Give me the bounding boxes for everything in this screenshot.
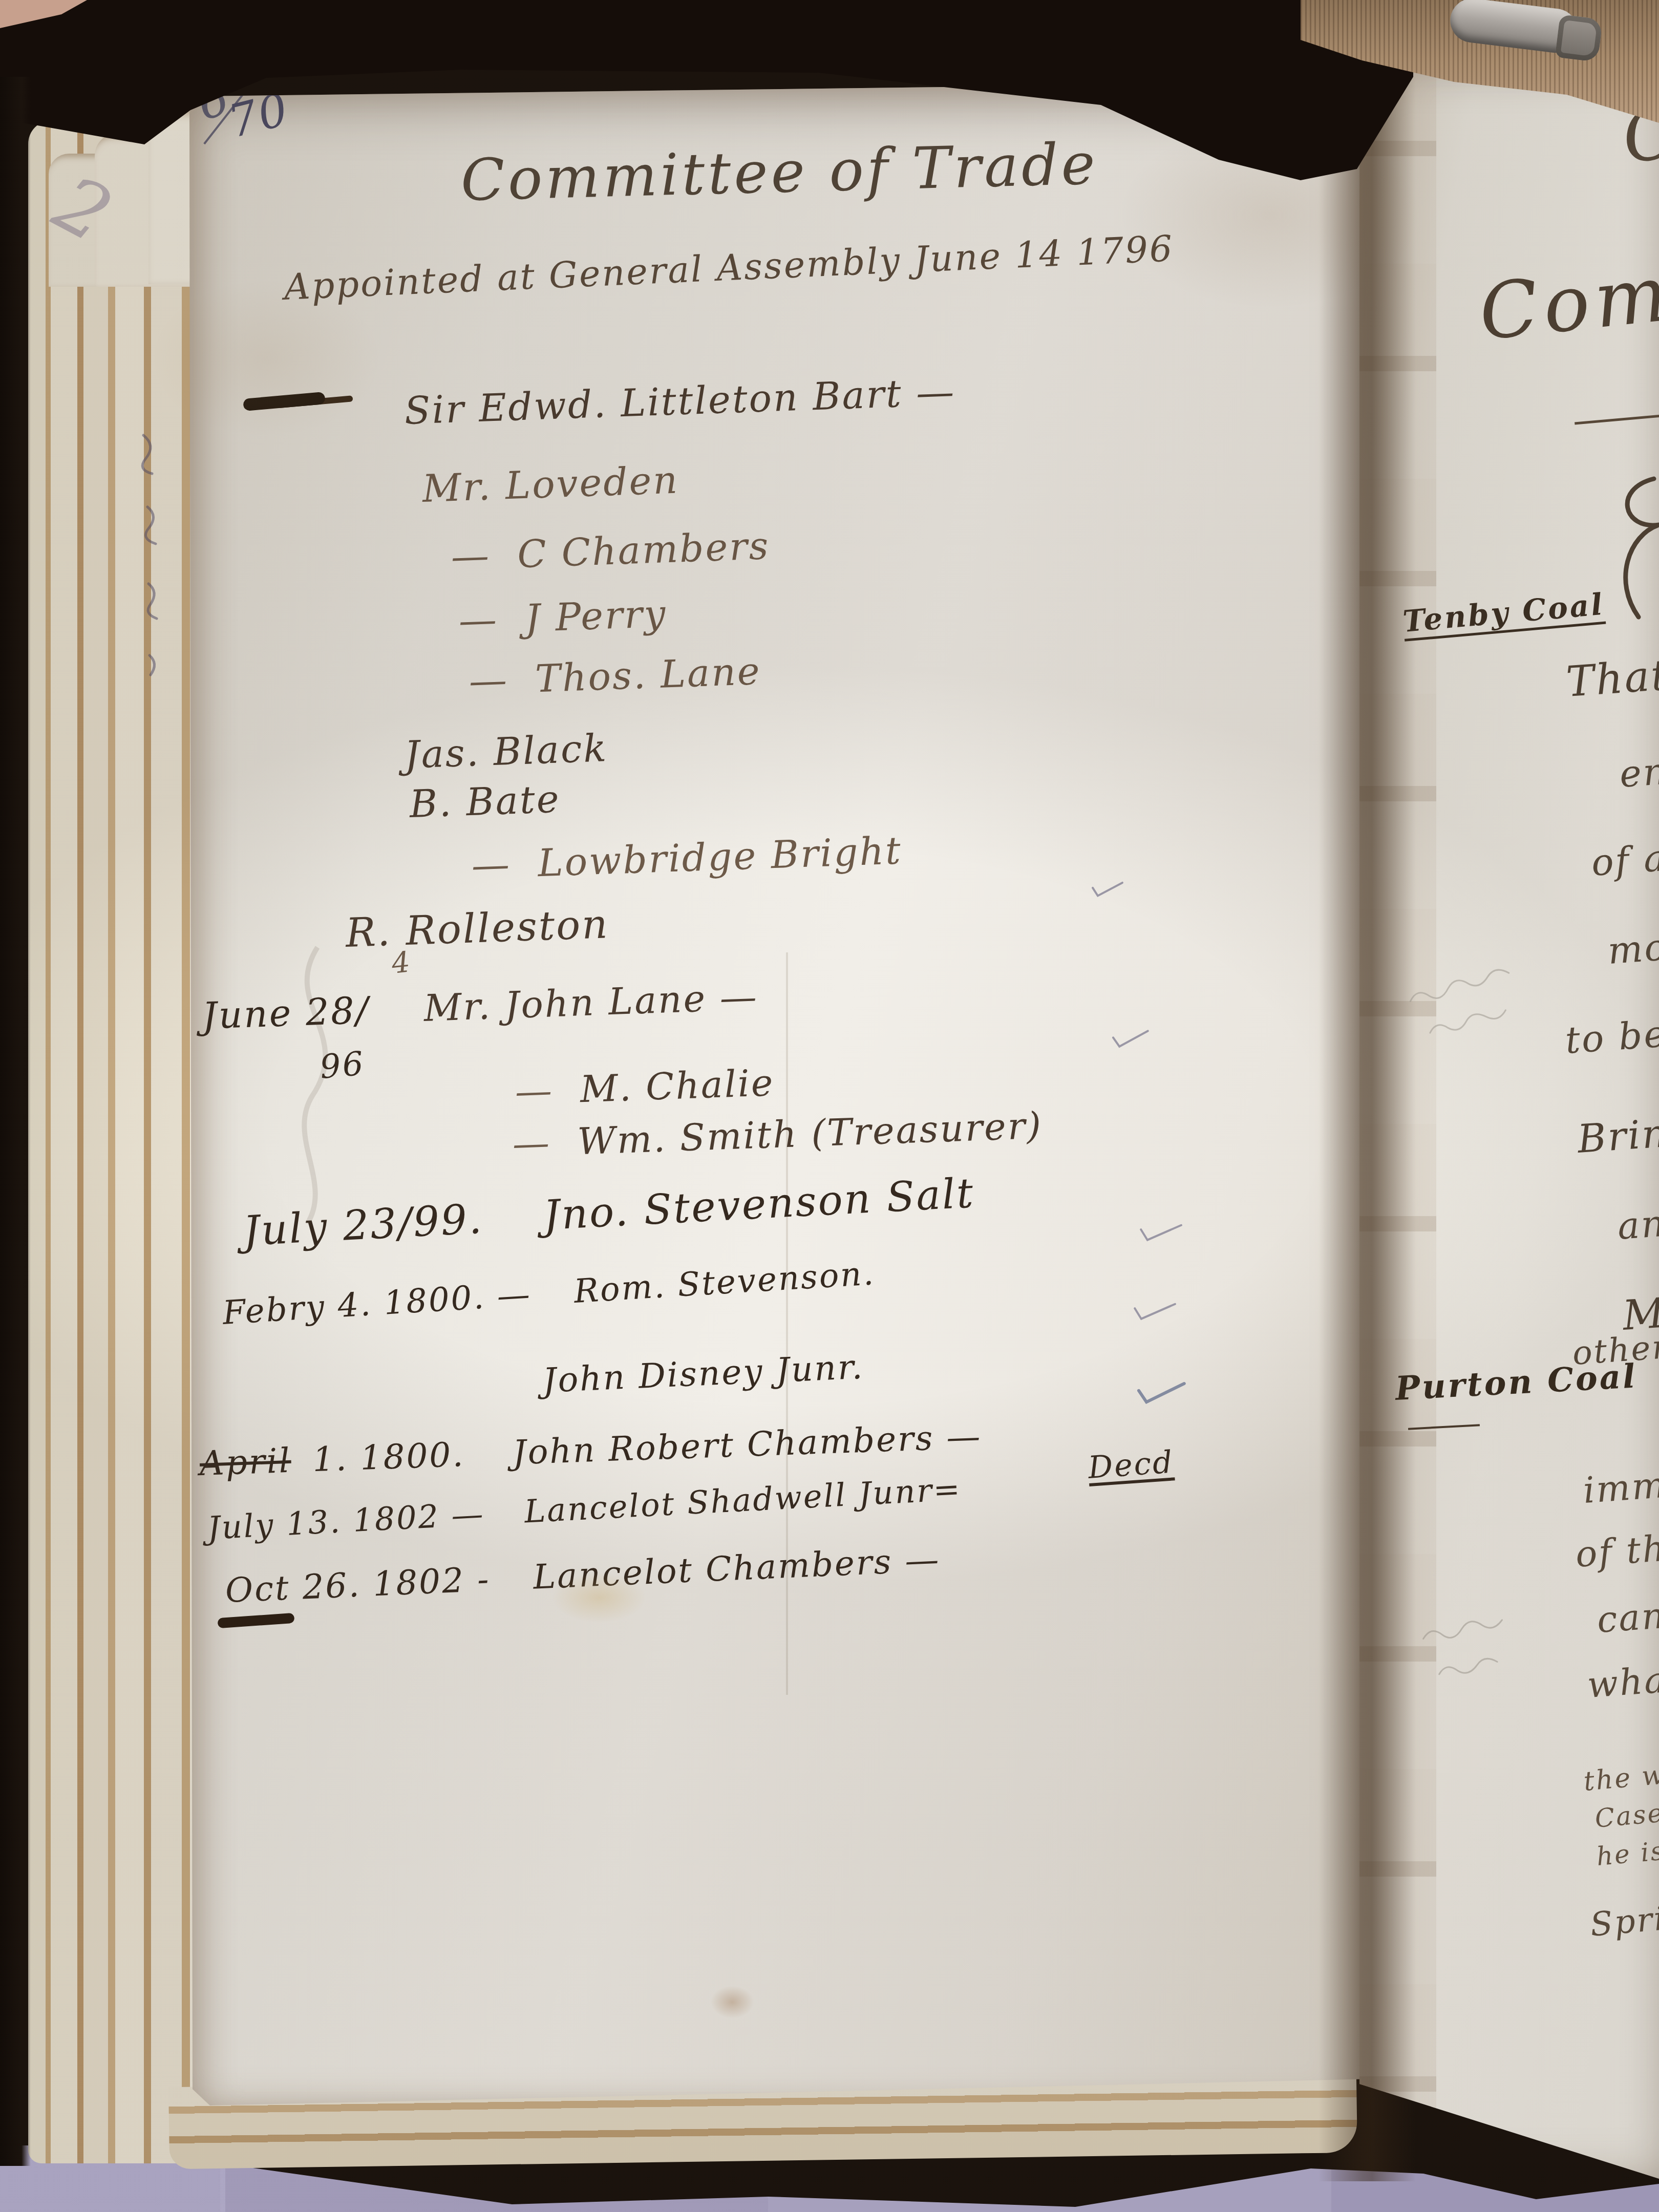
body-partial-line: of th (1575, 1527, 1659, 1576)
body-partial-line: wha (1586, 1658, 1659, 1706)
member-row: R. Rolleston (345, 901, 609, 956)
page-number: 70 (223, 82, 294, 148)
body-partial-line: an (1616, 1201, 1659, 1247)
photo-of-open-minute-book: 2 6 70 Committee of Trade Appointed at G… (0, 0, 1659, 2212)
member-name: M. Chalie (579, 1061, 775, 1111)
bleedthrough-ink-marks (128, 430, 174, 696)
member-row: — Wm. Smith (Treasurer) (509, 1104, 1044, 1165)
page-title: Committee of Trade (460, 131, 1099, 214)
gutter-shadow (1318, 41, 1416, 2181)
member-row: Jas. Black (403, 726, 608, 777)
body-partial-line: Spri (1589, 1900, 1659, 1944)
body-partial-line: the w (1582, 1759, 1659, 1797)
member-name: R. Rolleston (345, 901, 609, 956)
book-cover-left (0, 77, 31, 2166)
leader-dash: — (450, 534, 491, 579)
entry-date: 1. 1800. (312, 1435, 465, 1479)
member-row: — C Chambers (447, 524, 770, 579)
member-row: Oct 26. 1802 - Lancelot Chambers — (224, 1540, 941, 1610)
member-row: July 13. 1802 — Lancelot Shadwell Junr= (206, 1470, 962, 1547)
body-partial-line: to be (1564, 1012, 1659, 1062)
member-row: April 1. 1800. John Robert Chambers — (199, 1417, 983, 1483)
body-partial-line: of a (1590, 836, 1659, 884)
member-name: Sir Edwd. Littleton Bart — (403, 370, 956, 433)
body-partial-line: That (1564, 651, 1659, 707)
entry-date: July 13. 1802 — (206, 1495, 485, 1547)
member-row: B. Bate (409, 777, 561, 826)
member-name: Jno. Stevenson Salt (542, 1169, 976, 1239)
deceased-note: Decd (1087, 1444, 1175, 1486)
margin-mark: 4 (390, 945, 413, 981)
body-partial-line: can (1596, 1594, 1659, 1641)
entry-date: Febry 4. 1800. — (222, 1275, 533, 1332)
member-name: Rom. Stevenson. (573, 1254, 876, 1311)
member-name: Lancelot Shadwell Junr= (523, 1470, 962, 1530)
body-partial-line: en (1618, 749, 1659, 795)
member-name: Mr. Loveden (421, 458, 679, 511)
leader-dash: — (515, 1069, 555, 1113)
member-name: B. Bate (409, 777, 561, 826)
leader-dash: — (468, 658, 509, 704)
binding-stitch (217, 1613, 294, 1628)
member-row: — M. Chalie (512, 1061, 775, 1113)
member-row: Febry 4. 1800. — Rom. Stevenson. (222, 1254, 876, 1332)
member-name: Wm. Smith (Treasurer) (577, 1104, 1043, 1163)
body-partial-line: Brin (1576, 1110, 1659, 1162)
pencil-checkmark (1088, 874, 1127, 903)
member-name: Jas. Black (403, 726, 608, 777)
body-partial-line: he is (1595, 1836, 1659, 1871)
member-row: John Disney Junr. (542, 1347, 864, 1400)
struck-word: April (199, 1441, 292, 1483)
ink-showthrough (251, 942, 384, 1229)
member-name: Lowbridge Bright (537, 828, 903, 885)
body-partial-line: mo (1606, 925, 1659, 972)
heading-underline (1575, 415, 1659, 425)
member-row: — Lowbridge Bright (467, 828, 903, 888)
body-partial-line: Case (1593, 1798, 1659, 1834)
left-page: 6 70 Committee of Trade Appointed at Gen… (189, 82, 1372, 2110)
member-name: Mr. John Lane — (423, 975, 759, 1030)
leader-dash: — (471, 842, 512, 888)
member-name: J Perry (524, 592, 668, 641)
member-name: John Robert Chambers — (512, 1417, 983, 1473)
leader-dash: — (458, 598, 499, 643)
heading-partial: Com (1475, 249, 1659, 357)
pencil-checkmark (1109, 1023, 1153, 1054)
entry-date: Oct 26. 1802 - (224, 1559, 491, 1610)
member-name: C Chambers (517, 524, 771, 577)
metal-clip-loop (1555, 14, 1603, 62)
member-name: Thos. Lane (535, 649, 762, 701)
body-partial-line: imm (1582, 1464, 1659, 1512)
binding-stitch (243, 392, 325, 411)
member-row: Mr. Loveden (421, 458, 679, 511)
member-name: Lancelot Chambers — (532, 1540, 941, 1597)
leader-dash: — (512, 1121, 552, 1165)
member-row: — J Perry (455, 592, 667, 643)
member-name: John Disney Junr. (542, 1347, 864, 1400)
member-row: — Thos. Lane (465, 649, 761, 704)
page-edge-stack (28, 120, 202, 2163)
page-subtitle: Appointed at General Assembly June 14 17… (283, 227, 1175, 308)
member-row: Sir Edwd. Littleton Bart — (403, 370, 956, 433)
